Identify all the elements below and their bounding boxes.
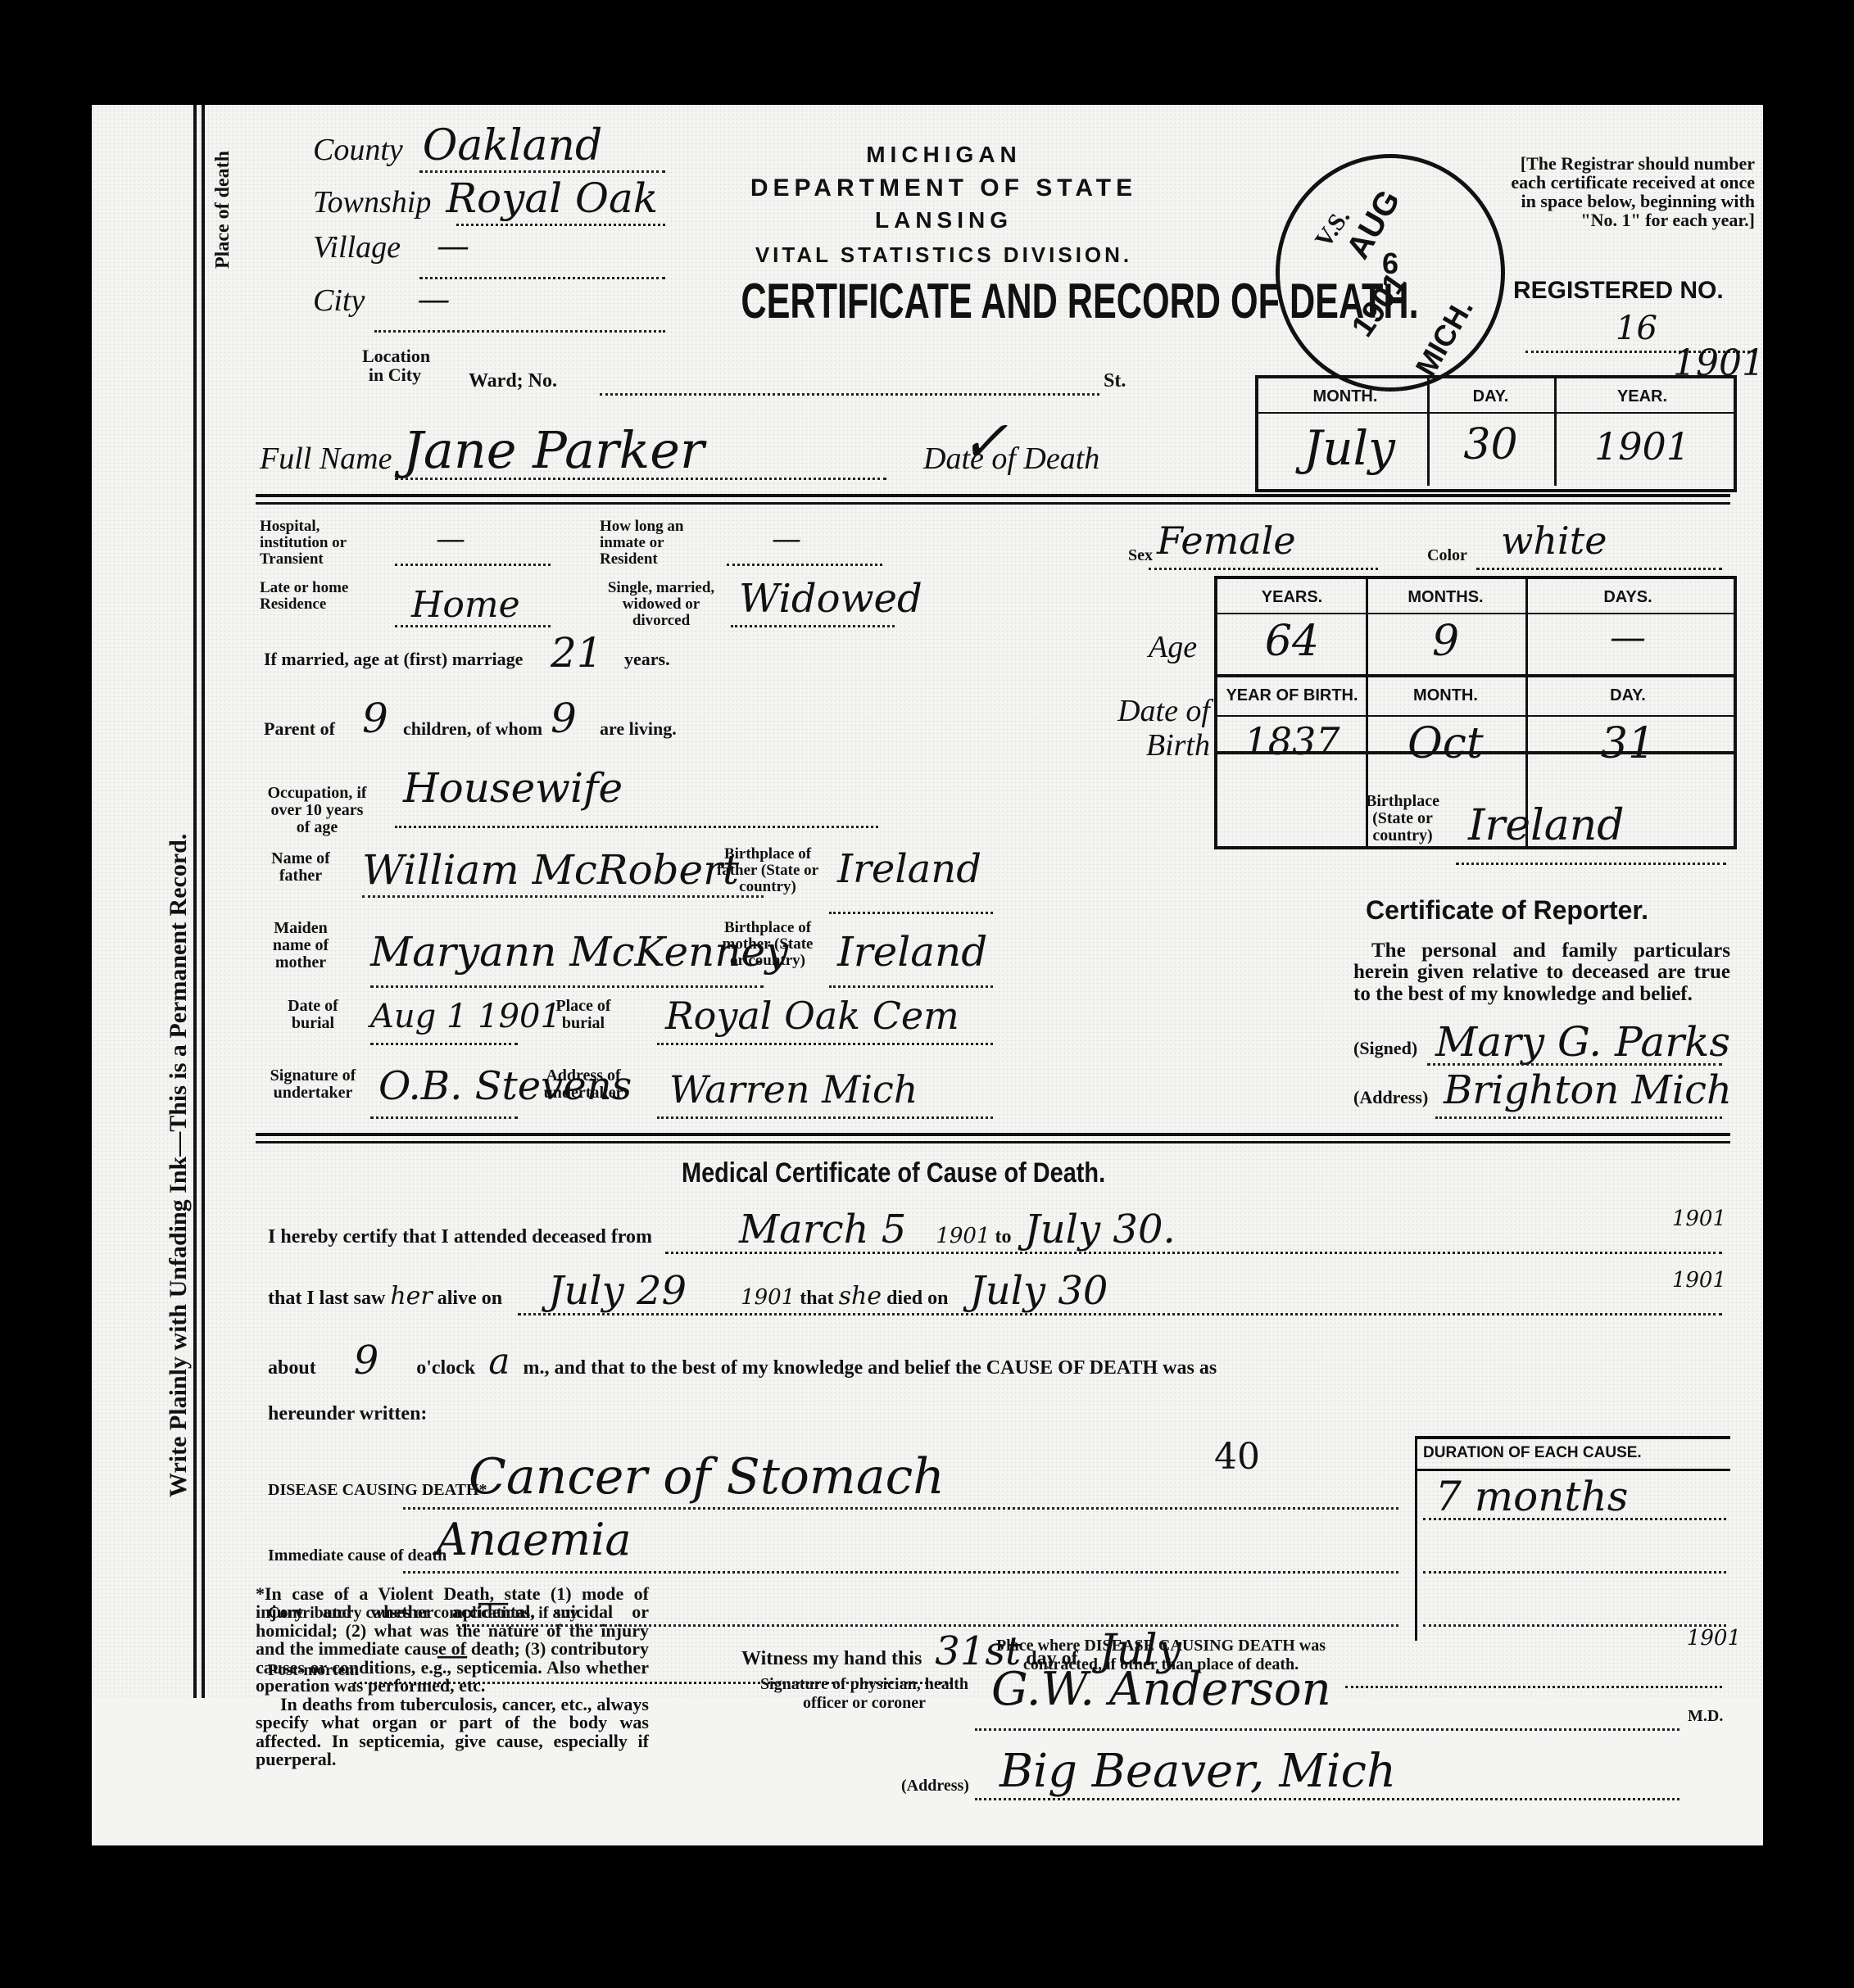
medical-title: Medical Certificate of Cause of Death.	[682, 1157, 1105, 1189]
alive-date: July 29	[548, 1268, 687, 1314]
mother-birthplace-value: Ireland	[837, 928, 987, 976]
county-row: County Oakland	[313, 121, 602, 170]
place-of-death-label: Place of death	[213, 151, 233, 269]
married-age-label: If married, age at (first) marriage	[264, 650, 523, 668]
disease-duration: 7 months	[1435, 1473, 1628, 1520]
last-saw-line: that I last saw her alive on July 29 190…	[268, 1268, 1734, 1314]
married-age-value: 21	[551, 629, 603, 677]
disease-code: 40	[1214, 1436, 1260, 1478]
physician-address: Big Beaver, Mich	[1000, 1745, 1396, 1798]
registered-no-value: 16	[1616, 310, 1657, 347]
burial-place-value: Royal Oak Cem	[665, 994, 959, 1038]
undertaker-label: Signature of undertaker	[268, 1067, 358, 1102]
death-month: July	[1272, 420, 1427, 476]
township-value: Royal Oak	[446, 174, 658, 222]
city-row: City —	[313, 281, 450, 319]
physician-signature-label: Signature of physician, health officer o…	[758, 1675, 971, 1713]
children-count: 9	[362, 695, 388, 742]
city-value: —	[417, 281, 450, 319]
marital-value: Widowed	[739, 576, 922, 622]
full-name-label: Full Name	[260, 441, 392, 477]
registrar-note: [The Registrar should number each certif…	[1493, 154, 1755, 229]
how-long-label: How long an inmate or Resident	[600, 519, 706, 568]
color-label: Color	[1427, 547, 1467, 564]
color-value: white	[1501, 519, 1607, 563]
physician-signature: G.W. Anderson	[991, 1663, 1331, 1716]
marital-label: Single, married, widowed or divorced	[596, 580, 727, 629]
duration-label: DURATION OF EACH CAUSE.	[1423, 1444, 1642, 1462]
burial-date-value: Aug 1 1901	[370, 998, 561, 1035]
attended-to: July 30.	[1025, 1207, 1176, 1252]
certify-line: I hereby certify that I attended decease…	[268, 1207, 1734, 1252]
reporter-title: Certificate of Reporter.	[1366, 895, 1648, 926]
father-label: Name of father	[268, 850, 333, 885]
sex-label: Sex	[1128, 547, 1153, 564]
hereunder-label: hereunder written:	[268, 1403, 427, 1425]
about-line: about 9 o'clock a m., and that to the be…	[268, 1338, 1734, 1383]
margin-double-rule	[193, 105, 205, 1735]
reporter-text: The personal and family particulars here…	[1353, 940, 1730, 1005]
location-in-city-label: Location in City	[362, 346, 428, 384]
sex-value: Female	[1157, 519, 1296, 563]
death-year: 1901	[1554, 424, 1730, 469]
how-long-value: —	[772, 523, 801, 556]
occupation-value: Housewife	[403, 764, 623, 812]
footnote: *In case of a Violent Death, state (1) m…	[256, 1585, 649, 1768]
occupation-label: Occupation, if over 10 years of age	[264, 785, 370, 836]
header-division: VITAL STATISTICS DIVISION.	[698, 242, 1190, 268]
mother-birthplace-label: Birthplace of mother (State or country)	[714, 920, 821, 969]
parent-of-label: Parent of	[264, 719, 335, 738]
birthplace-value: Ireland	[1468, 801, 1625, 850]
street-suffix: St.	[1104, 371, 1126, 392]
received-stamp: V.S. AUG 6 1901 MICH.	[1276, 154, 1505, 392]
age-years: 64	[1218, 617, 1366, 666]
ward-label: Ward; No.	[469, 371, 557, 392]
dob-month: Oct	[1366, 719, 1525, 768]
residence-label: Late or home Residence	[260, 580, 366, 613]
county-value: Oakland	[423, 121, 603, 170]
header-state: MICHIGAN	[731, 142, 1157, 168]
dob-year: 1837	[1218, 719, 1366, 763]
burial-place-label: Place of burial	[534, 998, 632, 1032]
registered-no-label: REGISTERED NO.	[1513, 277, 1724, 305]
died-date: July 30	[969, 1268, 1108, 1314]
age-label: Age	[1149, 629, 1197, 665]
header-city: LANSING	[731, 207, 1157, 233]
dob-day: 31	[1525, 719, 1730, 768]
reporter-address-label: (Address)	[1353, 1088, 1428, 1107]
hour-value: 9	[354, 1338, 379, 1383]
children-mid-label: children, of whom	[403, 719, 542, 738]
immediate-label: Immediate cause of death	[268, 1546, 447, 1565]
margin-note: Write Plainly with Unfading Ink—This is …	[165, 834, 192, 1497]
death-certificate: Write Plainly with Unfading Ink—This is …	[92, 105, 1763, 1735]
physician-address-label: (Address)	[901, 1777, 969, 1795]
certificate-title: CERTIFICATE AND RECORD OF DEATH.	[741, 273, 1130, 329]
township-row: Township Royal Oak	[313, 174, 658, 222]
age-months: 9	[1366, 617, 1525, 666]
village-value: —	[437, 228, 469, 265]
disease-label: DISEASE CAUSING DEATH*	[268, 1481, 487, 1500]
undertaker-address-label: Address of undertaker	[534, 1067, 632, 1102]
immediate-value: Anaemia	[436, 1514, 632, 1565]
mother-label: Maiden name of mother	[268, 920, 333, 971]
md-suffix: M.D.	[1688, 1708, 1723, 1725]
header-department: DEPARTMENT OF STATE	[731, 174, 1157, 202]
reporter-signed-value: Mary G. Parks	[1435, 1018, 1730, 1066]
living-count: 9	[551, 695, 577, 742]
reporter-address-value: Brighton Mich	[1444, 1067, 1732, 1113]
father-value: William McRobert	[362, 846, 739, 894]
reporter-signed-label: (Signed)	[1353, 1039, 1417, 1057]
hospital-label: Hospital, institution or Transient	[260, 519, 366, 568]
married-age-suffix: years.	[624, 650, 670, 668]
birthplace-label: Birthplace (State or country)	[1358, 793, 1448, 845]
full-name-value: Jane Parker	[403, 420, 705, 480]
age-days: —	[1525, 617, 1730, 659]
date-of-birth-label: Date of Birth	[1104, 695, 1210, 763]
attended-from: March 5	[739, 1207, 906, 1252]
burial-date-label: Date of burial	[268, 998, 358, 1032]
village-row: Village —	[313, 228, 469, 265]
disease-value: Cancer of Stomach	[469, 1448, 945, 1506]
father-birthplace-value: Ireland	[837, 846, 981, 892]
living-suffix: are living.	[600, 719, 677, 738]
death-day: 30	[1427, 420, 1554, 469]
residence-value: Home	[411, 584, 520, 626]
hospital-value: —	[436, 523, 465, 556]
father-birthplace-label: Birthplace of father (State or country)	[714, 846, 821, 895]
date-of-death-label: Date of Death	[923, 441, 1099, 477]
undertaker-address-value: Warren Mich	[669, 1067, 918, 1112]
